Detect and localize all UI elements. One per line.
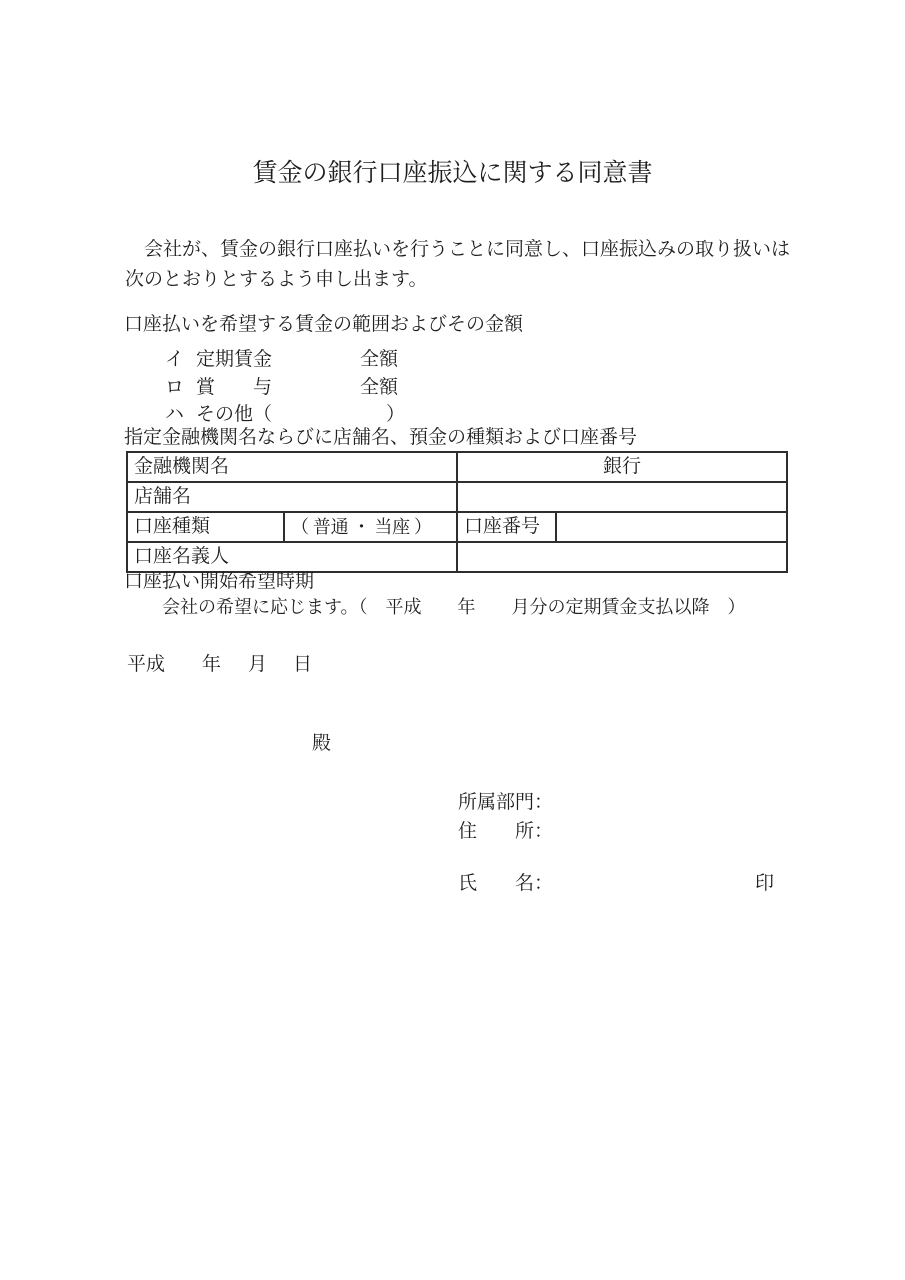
document-page: 賃金の銀行口座振込に関する同意書 会社が、賃金の銀行口座払いを行うことに同意し、…	[0, 0, 905, 1280]
account-type-options-cell: （ 普通 ・ 当座 ）	[284, 512, 457, 542]
intro-paragraph: 会社が、賃金の銀行口座払いを行うことに同意し、口座振込みの取り扱いは 次のとおり…	[125, 235, 795, 295]
intro-line-2: 次のとおりとするよう申し出ます。	[125, 265, 795, 295]
date-day-label: 日	[293, 649, 312, 676]
account-table: 金融機関名 銀行 店舗名 口座種類 （ 普通 ・ 当座 ） 口座番号 口座名義人	[126, 451, 788, 573]
bank-suffix-cell: 銀行	[457, 452, 787, 482]
date-era-label: 平成	[127, 649, 165, 676]
item-marker: イ	[165, 344, 184, 371]
table-row-institution: 金融機関名 銀行	[127, 452, 787, 482]
account-number-value-cell	[556, 512, 787, 542]
item-marker: ハ	[165, 399, 184, 426]
item-value: 全額	[360, 372, 398, 399]
start-period-heading: 口座払い開始希望時期	[124, 570, 314, 593]
document-title: 賃金の銀行口座振込に関する同意書	[0, 158, 905, 190]
table-row-holder: 口座名義人	[127, 542, 787, 572]
branch-value-cell	[457, 482, 787, 512]
item-label: その他（ ）	[196, 399, 405, 426]
account-number-label-cell: 口座番号	[457, 512, 556, 542]
date-month-label: 月	[248, 649, 267, 676]
wage-scope-item-shoyo: ロ 賞 与 全額	[0, 372, 680, 396]
wage-scope-heading: 口座払いを希望する賃金の範囲およびその金額	[124, 313, 523, 336]
account-holder-value-cell	[457, 542, 787, 572]
date-year-label: 年	[202, 649, 221, 676]
institution-heading: 指定金融機関名ならびに店舗名、預金の種類および口座番号	[124, 426, 637, 449]
account-type-label-cell: 口座種類	[127, 512, 284, 542]
account-holder-label-cell: 口座名義人	[127, 542, 457, 572]
item-marker: ロ	[165, 372, 184, 399]
financial-institution-label-cell: 金融機関名	[127, 452, 457, 482]
seal-mark: 印	[755, 868, 774, 895]
wage-scope-item-other: ハ その他（ ）	[0, 399, 680, 423]
addressee-dono: 殿	[312, 732, 331, 755]
intro-line-1: 会社が、賃金の銀行口座払いを行うことに同意し、口座振込みの取り扱いは	[125, 235, 795, 265]
date-line: 平成 年 月 日	[0, 649, 400, 673]
table-row-branch: 店舗名	[127, 482, 787, 512]
name-label: 氏 名：	[458, 868, 553, 895]
branch-label-cell: 店舗名	[127, 482, 457, 512]
address-label: 住 所：	[458, 816, 553, 843]
item-label: 定期賃金	[196, 344, 272, 371]
item-label: 賞 与	[196, 372, 272, 399]
table-row-account: 口座種類 （ 普通 ・ 当座 ） 口座番号	[127, 512, 787, 542]
department-label: 所属部門：	[458, 787, 553, 814]
item-value: 全額	[360, 344, 398, 371]
start-period-line: 会社の希望に応じます。（ 平成 年 月分の定期賃金支払以降 ）	[162, 596, 746, 619]
wage-scope-item-teiki: イ 定期賃金 全額	[0, 344, 680, 368]
